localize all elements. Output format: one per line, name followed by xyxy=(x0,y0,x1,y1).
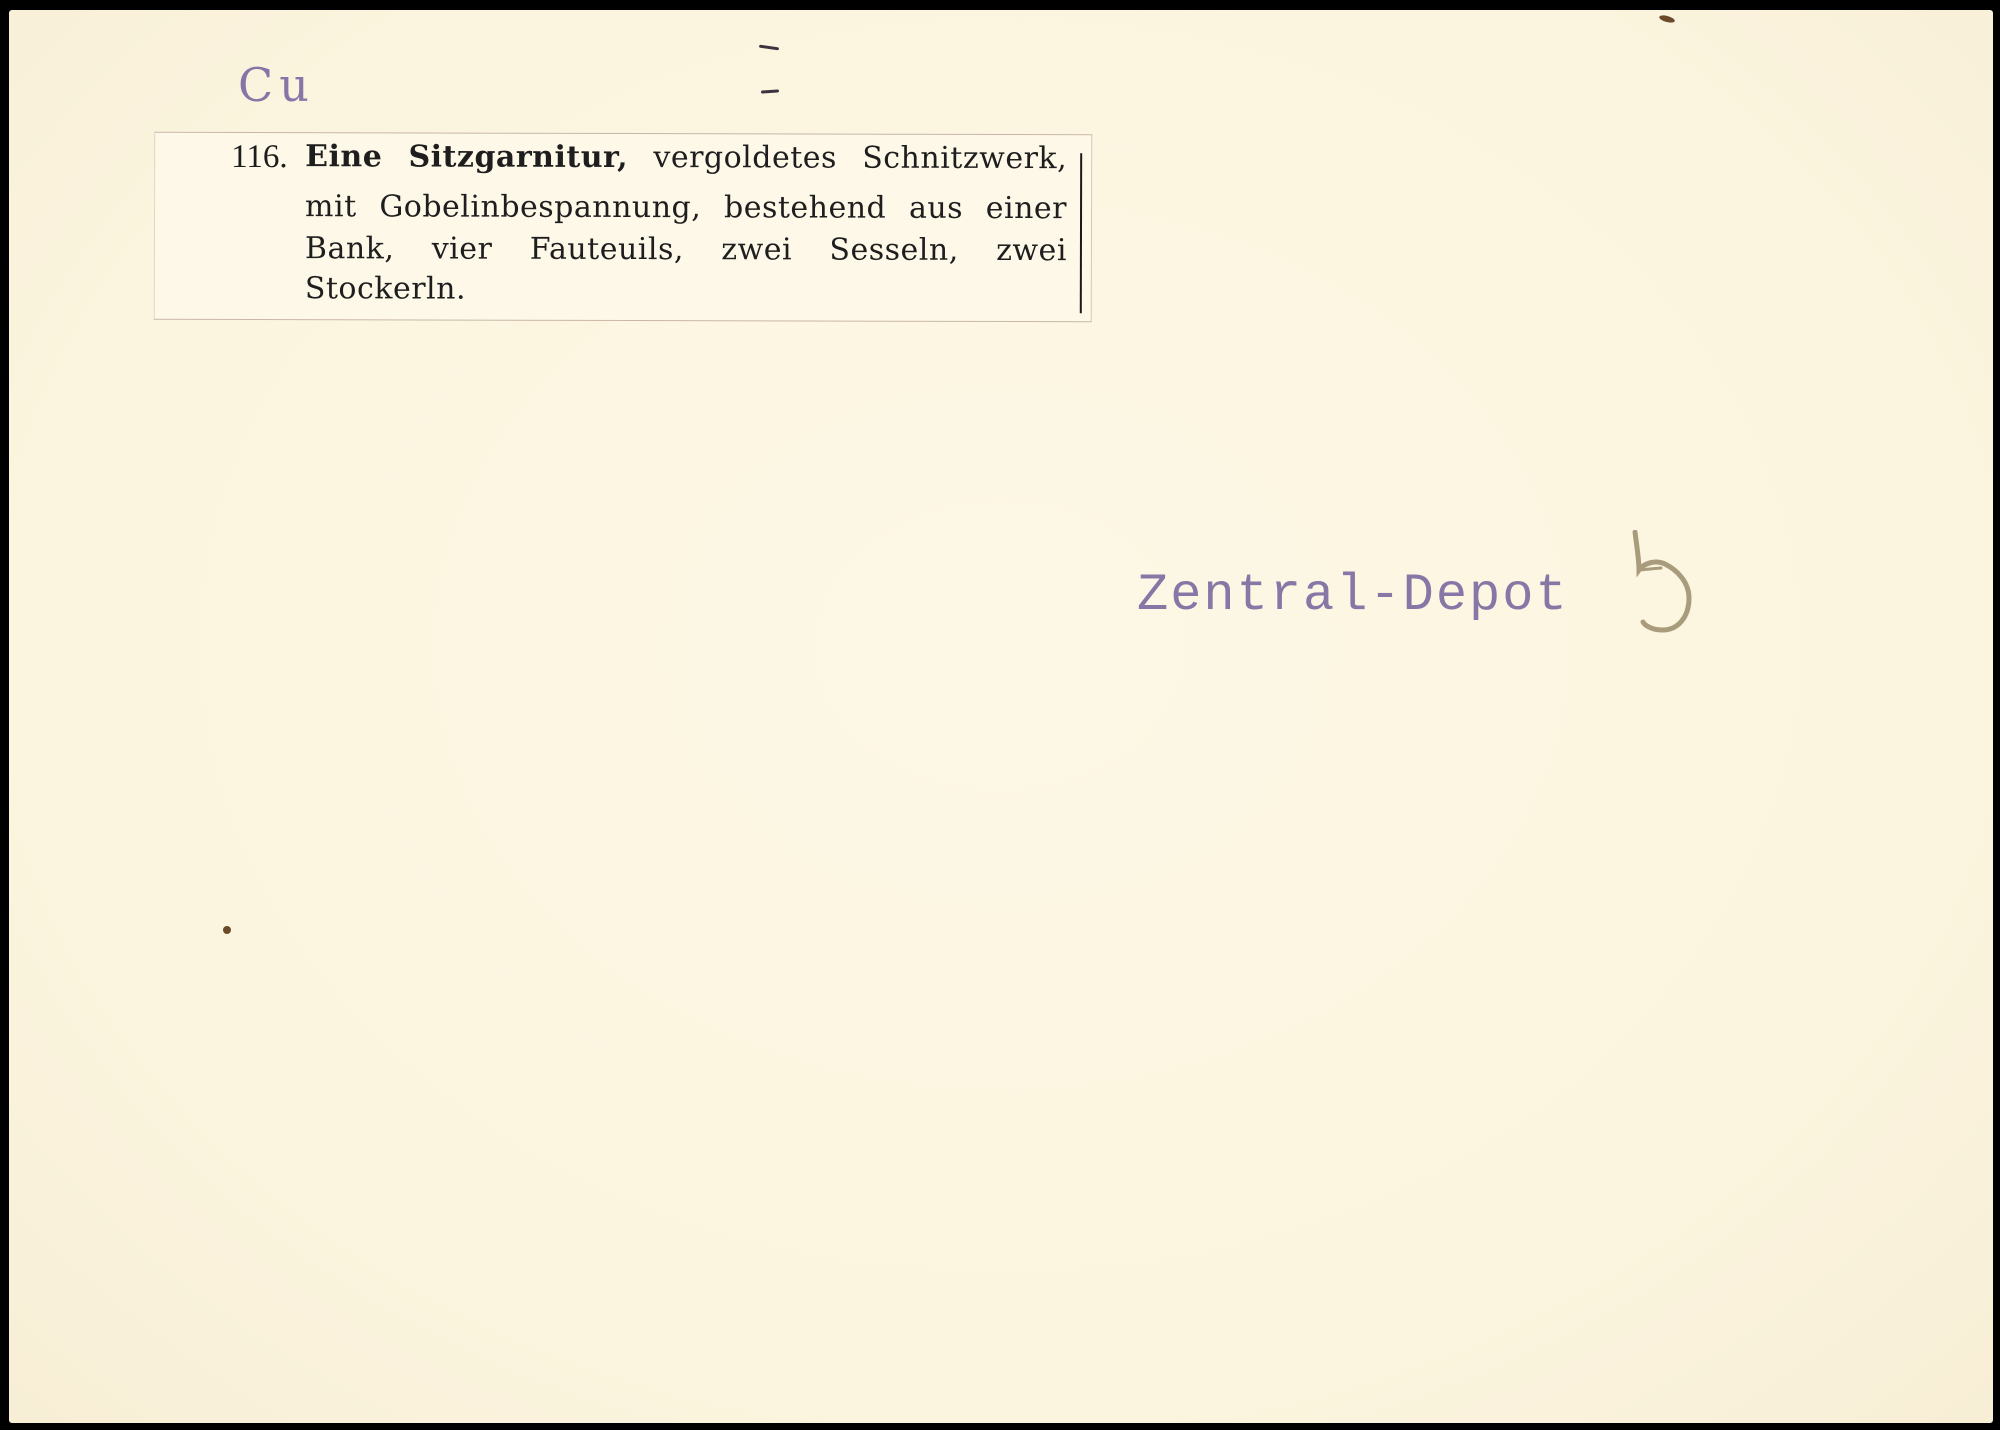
clipping-line-4: Stockerln. xyxy=(305,269,1067,311)
pencil-mark-lower xyxy=(761,89,779,93)
catalog-clipping: 116. Eine Sitzgarnitur, vergoldetes Schn… xyxy=(154,132,1092,322)
stamp-zentral-depot: Zentral-Depot xyxy=(1137,570,1569,622)
handwritten-number-3 xyxy=(1631,530,1697,640)
clipping-line-3: Bank, vier Fauteuils, zwei Sesseln, zwei xyxy=(305,229,1067,271)
catalog-number: 116. xyxy=(231,139,288,176)
foxing-spot-top xyxy=(1658,14,1675,24)
column-rule xyxy=(1080,153,1082,313)
pencil-mark-upper xyxy=(759,45,779,51)
archive-card: Cu 116. Eine Sitzgarnitur, vergoldetes S… xyxy=(9,10,1993,1423)
item-title: Eine Sitzgarnitur, xyxy=(305,139,628,175)
clipping-line-2: mit Gobelinbespannung, bestehend aus ein… xyxy=(305,187,1067,229)
foxing-spot-left xyxy=(223,926,231,934)
clipping-line-1: Eine Sitzgarnitur, vergoldetes Schnitzwe… xyxy=(305,137,1067,179)
clipping-line-1-text: vergoldetes Schnitzwerk, xyxy=(628,140,1067,176)
stamp-cu: Cu xyxy=(238,62,315,108)
